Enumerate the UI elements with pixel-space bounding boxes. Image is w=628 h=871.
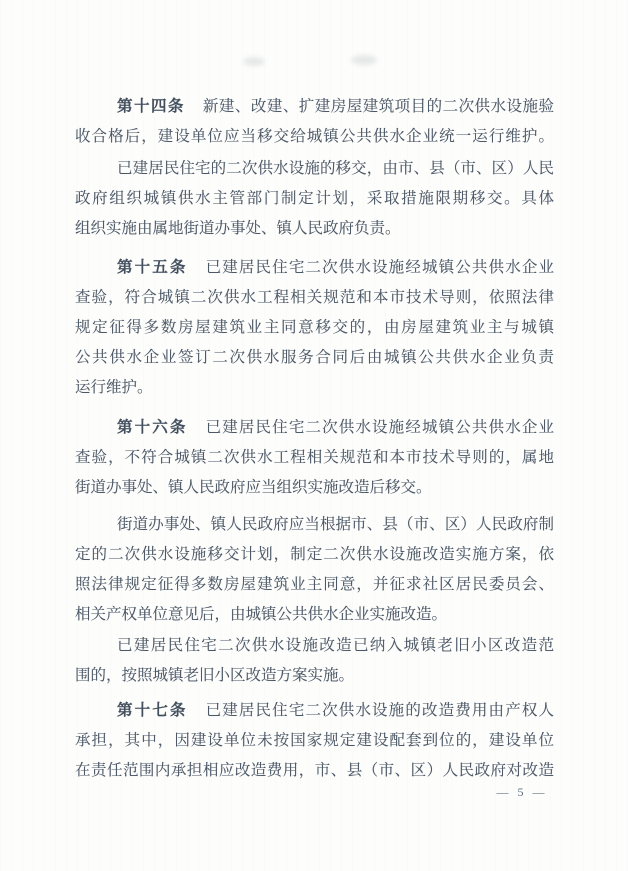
paragraph-article-17: 第十七条已建居民住宅二次供水设施的改造费用由产权人 承担，其中，因建设单位未按国…: [75, 696, 554, 786]
scanned-document-page: 第十四条新建、改建、扩建房屋建筑项目的二次供水设施验 收合格后，建设单位应当移交…: [0, 0, 628, 871]
text-line: 照法律规定征得多数房屋建筑业主同意，并征求社区居民委员会、: [75, 570, 554, 600]
text-line: 运行维护。: [75, 373, 554, 403]
paragraph-renovation-plan: 街道办事处、镇人民政府应当根据市、县（市、区）人民政府制 定的二次供水设施移交计…: [75, 510, 554, 630]
paragraph-transfer-plan: 已建居民住宅的二次供水设施的移交，由市、县（市、区）人民 政府组织城镇供水主管部…: [75, 154, 554, 244]
article-number: 第十四条: [117, 98, 185, 115]
text-line: 查验，符合城镇二次供水工程相关规范和本市技术导则，依照法律: [75, 283, 554, 313]
text-line: 承担，其中，因建设单位未按国家规定建设配套到位的，建设单位: [75, 726, 554, 756]
line-text: 已建居民住宅二次供水设施经城镇公共供水企业: [206, 259, 554, 276]
text-line: 收合格后，建设单位应当移交给城镇公共供水企业统一运行维护。: [75, 122, 554, 152]
article-number: 第十五条: [117, 259, 188, 276]
scan-smudge: [243, 57, 265, 66]
text-line: 规定征得多数房屋建筑业主同意移交的，由房屋建筑业主与城镇: [75, 313, 554, 343]
text-line: 街道办事处、镇人民政府应当组织实施改造后移交。: [75, 473, 554, 503]
article-number: 第十七条: [117, 702, 188, 719]
line-text: 新建、改建、扩建房屋建筑项目的二次供水设施验: [203, 98, 554, 115]
text-line: 第十四条新建、改建、扩建房屋建筑项目的二次供水设施验: [75, 92, 554, 122]
text-line: 组织实施由属地街道办事处、镇人民政府负责。: [75, 214, 554, 244]
text-line: 围的，按照城镇老旧小区改造方案实施。: [75, 661, 554, 691]
text-line: 第十五条已建居民住宅二次供水设施经城镇公共供水企业: [75, 253, 554, 283]
text-line: 第十七条已建居民住宅二次供水设施的改造费用由产权人: [75, 696, 554, 726]
paragraph-article-16: 第十六条已建居民住宅二次供水设施经城镇公共供水企业 查验，不符合城镇二次供水工程…: [75, 413, 554, 503]
text-line: 定的二次供水设施移交计划，制定二次供水设施改造实施方案，依: [75, 540, 554, 570]
text-line: 已建居民住宅二次供水设施改造已纳入城镇老旧小区改造范: [75, 631, 554, 661]
text-line: 相关产权单位意见后，由城镇公共供水企业实施改造。: [75, 600, 554, 630]
document-body: 第十四条新建、改建、扩建房屋建筑项目的二次供水设施验 收合格后，建设单位应当移交…: [75, 92, 554, 786]
scan-smudge: [351, 55, 377, 65]
text-line: 查验，不符合城镇二次供水工程相关规范和本市技术导则的，属地: [75, 443, 554, 473]
text-line: 第十六条已建居民住宅二次供水设施经城镇公共供水企业: [75, 413, 554, 443]
text-line: 政府组织城镇供水主管部门制定计划，采取措施限期移交。具体: [75, 184, 554, 214]
text-line: 在责任范围内承担相应改造费用，市、县（市、区）人民政府对改造: [75, 756, 554, 786]
article-number: 第十六条: [117, 419, 188, 436]
paragraph-old-district: 已建居民住宅二次供水设施改造已纳入城镇老旧小区改造范 围的，按照城镇老旧小区改造…: [75, 631, 554, 691]
paragraph-article-14: 第十四条新建、改建、扩建房屋建筑项目的二次供水设施验 收合格后，建设单位应当移交…: [75, 92, 554, 152]
text-line: 已建居民住宅的二次供水设施的移交，由市、县（市、区）人民: [75, 154, 554, 184]
line-text: 已建居民住宅二次供水设施经城镇公共供水企业: [206, 419, 554, 436]
text-line: 公共供水企业签订二次供水服务合同后由城镇公共供水企业负责: [75, 343, 554, 373]
line-text: 已建居民住宅二次供水设施的改造费用由产权人: [206, 702, 554, 719]
text-line: 街道办事处、镇人民政府应当根据市、县（市、区）人民政府制: [75, 510, 554, 540]
page-number: — 5 —: [490, 784, 554, 800]
paragraph-article-15: 第十五条已建居民住宅二次供水设施经城镇公共供水企业 查验，符合城镇二次供水工程相…: [75, 253, 554, 403]
